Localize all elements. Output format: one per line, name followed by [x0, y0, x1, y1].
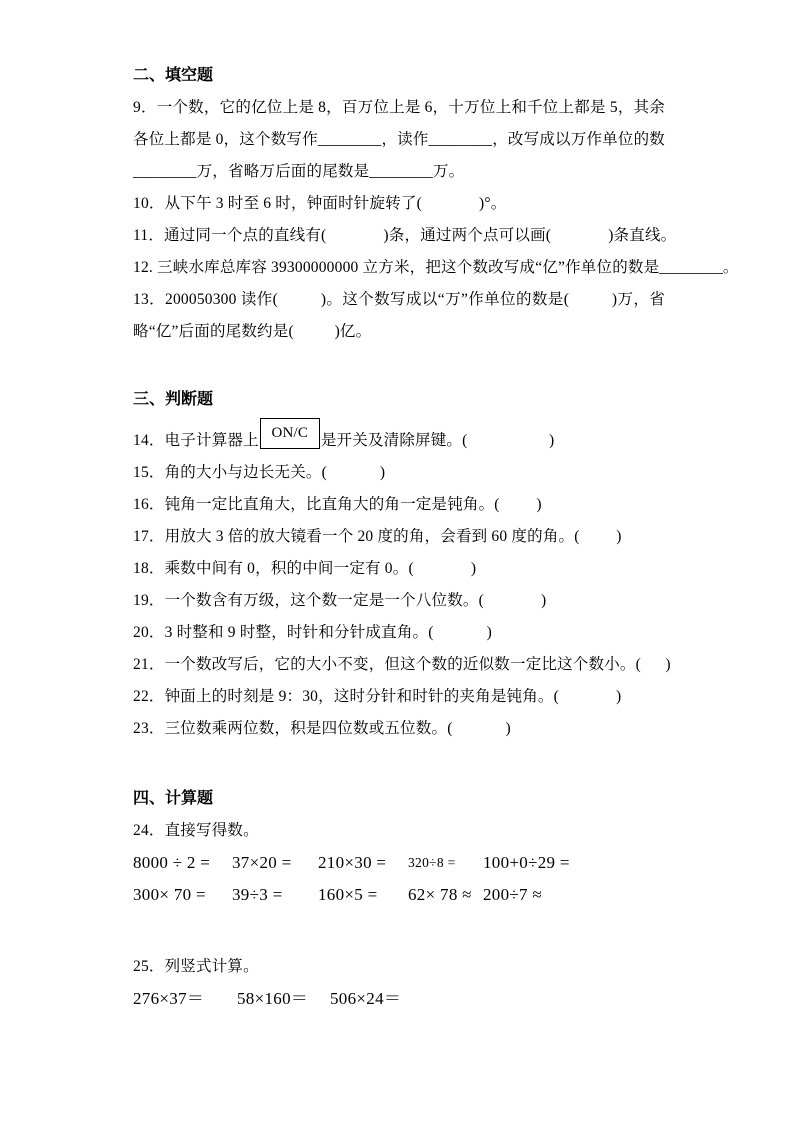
section-heading-true-false: 三、判断题	[133, 384, 665, 416]
equation: 200÷7 ≈	[483, 879, 665, 911]
question-18: 18．乘数中间有 0，积的中间一定有 0。( )	[133, 553, 665, 585]
section-heading-fill-in: 二、填空题	[133, 60, 665, 92]
question-17: 17．用放大 3 倍的放大镜看一个 20 度的角，会看到 60 度的角。( )	[133, 521, 665, 553]
question-21: 21．一个数改写后，它的大小不变，但这个数的近似数一定比这个数小。( )	[133, 649, 665, 681]
question-24-label: 24．直接写得数。	[133, 815, 665, 847]
equation: 62× 78 ≈	[408, 879, 483, 911]
question-13: 13．200050300 读作( )。这个数写成以“万”作单位的数是( )万，省…	[133, 284, 665, 348]
section-calculation: 四、计算题 24．直接写得数。 8000 ÷ 2 = 37×20 = 210×3…	[133, 783, 665, 1015]
section-true-false: 三、判断题 14．电子计算器上ON/C是开关及清除屏键。( ) 15．角的大小与…	[133, 384, 665, 745]
question-22: 22．钟面上的时刻是 9：30，这时分针和时针的夹角是钝角。( )	[133, 681, 665, 713]
question-15: 15．角的大小与边长无关。( )	[133, 457, 665, 489]
equation: 276×37＝	[133, 983, 237, 1015]
equation: 160×5 =	[318, 879, 408, 911]
equation: 39÷3 =	[232, 879, 318, 911]
section-heading-calculation: 四、计算题	[133, 783, 665, 815]
question-14-suffix: 是开关及清除屏键。( )	[321, 432, 555, 449]
equation: 37×20 =	[232, 847, 318, 879]
question-23: 23．三位数乘两位数，积是四位数或五位数。( )	[133, 713, 665, 745]
equation: 506×24＝	[330, 983, 665, 1015]
equation: 8000 ÷ 2 =	[133, 847, 232, 879]
equation: 300× 70 =	[133, 879, 232, 911]
onc-key-box: ON/C	[260, 418, 320, 449]
question-14: 14．电子计算器上ON/C是开关及清除屏键。( )	[133, 418, 665, 457]
question-25-label: 25．列竖式计算。	[133, 951, 665, 983]
equation: 100+0÷29 =	[483, 847, 665, 879]
worksheet-page: 二、填空题 9．一个数，它的亿位上是 8，百万位上是 6，十万位上和千位上都是 …	[0, 0, 793, 1122]
q25-equation-grid: 276×37＝ 58×160＝ 506×24＝	[133, 983, 665, 1015]
question-9: 9．一个数，它的亿位上是 8，百万位上是 6，十万位上和千位上都是 5，其余各位…	[133, 92, 665, 188]
question-14-prefix: 14．电子计算器上	[133, 432, 259, 449]
equation: 58×160＝	[237, 983, 330, 1015]
section-fill-in-blanks: 二、填空题 9．一个数，它的亿位上是 8，百万位上是 6，十万位上和千位上都是 …	[133, 60, 665, 348]
question-16: 16．钝角一定比直角大，比直角大的角一定是钝角。( )	[133, 489, 665, 521]
equation: 210×30 =	[318, 847, 408, 879]
question-20: 20．3 时整和 9 时整，时针和分针成直角。( )	[133, 617, 665, 649]
onc-key-label: ON/C	[271, 425, 308, 441]
question-10: 10．从下午 3 时至 6 时，钟面时针旋转了( )°。	[133, 188, 665, 220]
question-11: 11．通过同一个点的直线有( )条，通过两个点可以画( )条直线。	[133, 220, 665, 252]
question-12: 12. 三峡水库总库容 39300000000 立方米，把这个数改写成“亿”作单…	[133, 252, 665, 284]
q24-equation-grid: 8000 ÷ 2 = 37×20 = 210×30 = 320÷8 = 100+…	[133, 847, 665, 911]
equation: 320÷8 =	[408, 847, 483, 879]
question-19: 19．一个数含有万级，这个数一定是一个八位数。( )	[133, 585, 665, 617]
